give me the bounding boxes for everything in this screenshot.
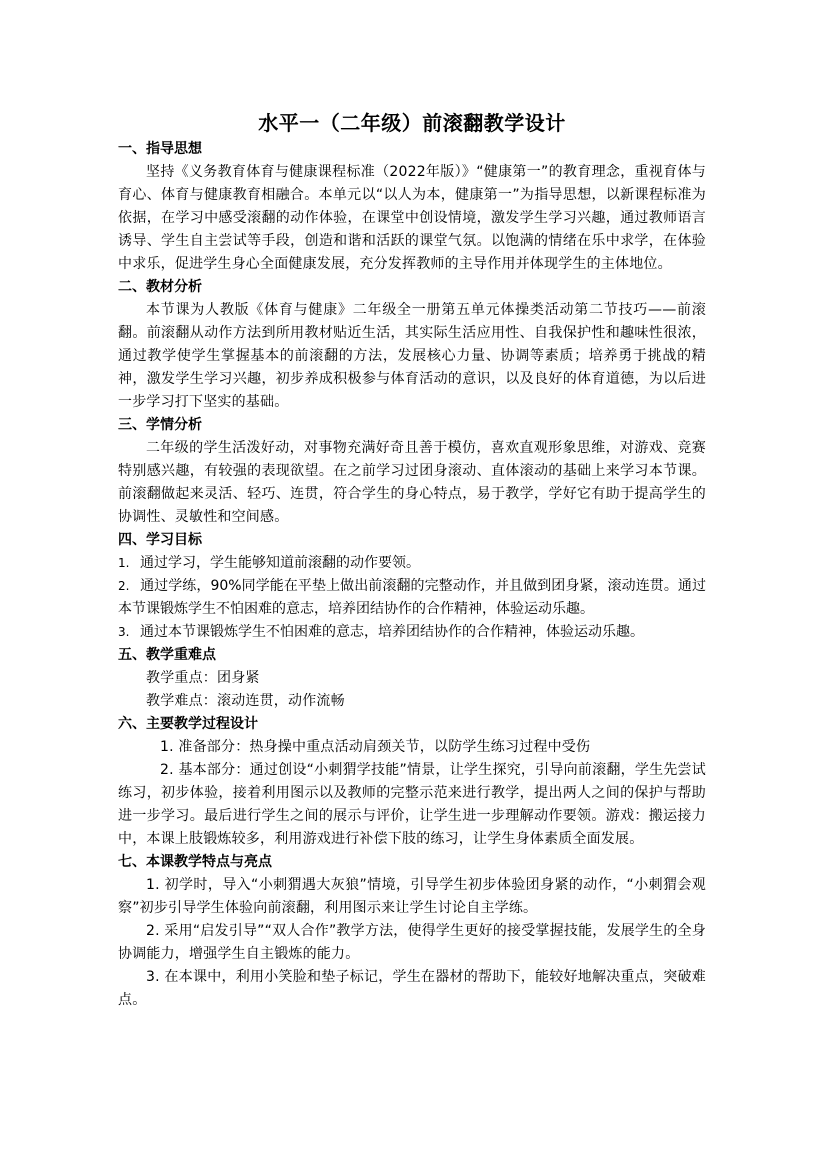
document-title: 水平一（二年级）前滚翻教学设计 (118, 108, 706, 138)
highlight-item-1: 1. 初学时，导入“小刺猬遇大灰狼”情境，引导学生初步体验团身紧的动作，“小刺猬… (118, 874, 706, 920)
section-heading-guiding-thought: 一、指导思想 (118, 138, 706, 161)
objective-text: 通过本节课锻炼学生不怕困难的意志，培养团结协作的合作精神，体验运动乐趣。 (140, 624, 644, 640)
highlight-item-3: 3. 在本课中，利用小笑脸和垫子标记，学生在器材的帮助下，能较好地解决重点，突破… (118, 966, 706, 1012)
difficulty-line: 教学难点：滚动连贯，动作流畅 (118, 690, 706, 713)
process-step-1: 1. 准备部分：热身操中重点活动肩颈关节，以防学生练习过程中受伤 (118, 736, 706, 759)
section-heading-learning-objectives: 四、学习目标 (118, 529, 706, 552)
key-point-line: 教学重点：团身紧 (118, 667, 706, 690)
objective-item-2: 2.通过学练，90%同学能在平垫上做出前滚翻的完整动作，并且做到团身紧，滚动连贯… (118, 575, 706, 621)
paragraph-material-analysis: 本节课为人教版《体育与健康》二年级全一册第五单元体操类活动第二节技巧——前滚翻。… (118, 299, 706, 414)
highlight-item-2: 2. 采用“启发引导”“双人合作”教学方法，使得学生更好的接受掌握技能，发展学生… (118, 920, 706, 966)
document-page: 水平一（二年级）前滚翻教学设计 一、指导思想 坚持《义务教育体育与健康课程标准（… (118, 108, 706, 1012)
objective-item-3: 3.通过本节课锻炼学生不怕困难的意志，培养团结协作的合作精神，体验运动乐趣。 (118, 621, 706, 644)
section-heading-key-points: 五、教学重难点 (118, 644, 706, 667)
objective-text: 通过学练，90%同学能在平垫上做出前滚翻的完整动作，并且做到团身紧，滚动连贯。通… (118, 578, 706, 617)
paragraph-guiding-thought: 坚持《义务教育体育与健康课程标准（2022年版）》“健康第一”的教育理念，重视育… (118, 161, 706, 276)
list-number: 1. (118, 552, 140, 575)
section-heading-highlights: 七、本课教学特点与亮点 (118, 851, 706, 874)
section-heading-material-analysis: 二、教材分析 (118, 276, 706, 299)
objective-text: 通过学习，学生能够知道前滚翻的动作要领。 (140, 555, 420, 571)
section-heading-student-analysis: 三、学情分析 (118, 414, 706, 437)
objective-item-1: 1.通过学习，学生能够知道前滚翻的动作要领。 (118, 552, 706, 575)
section-heading-teaching-process: 六、主要教学过程设计 (118, 713, 706, 736)
paragraph-student-analysis: 二年级的学生活泼好动，对事物充满好奇且善于模仿，喜欢直观形象思维，对游戏、竞赛特… (118, 437, 706, 529)
process-step-2: 2. 基本部分：通过创设“小刺猬学技能”情景，让学生探究，引导向前滚翻，学生先尝… (118, 759, 706, 851)
list-number: 3. (118, 621, 140, 644)
list-number: 2. (118, 575, 140, 598)
